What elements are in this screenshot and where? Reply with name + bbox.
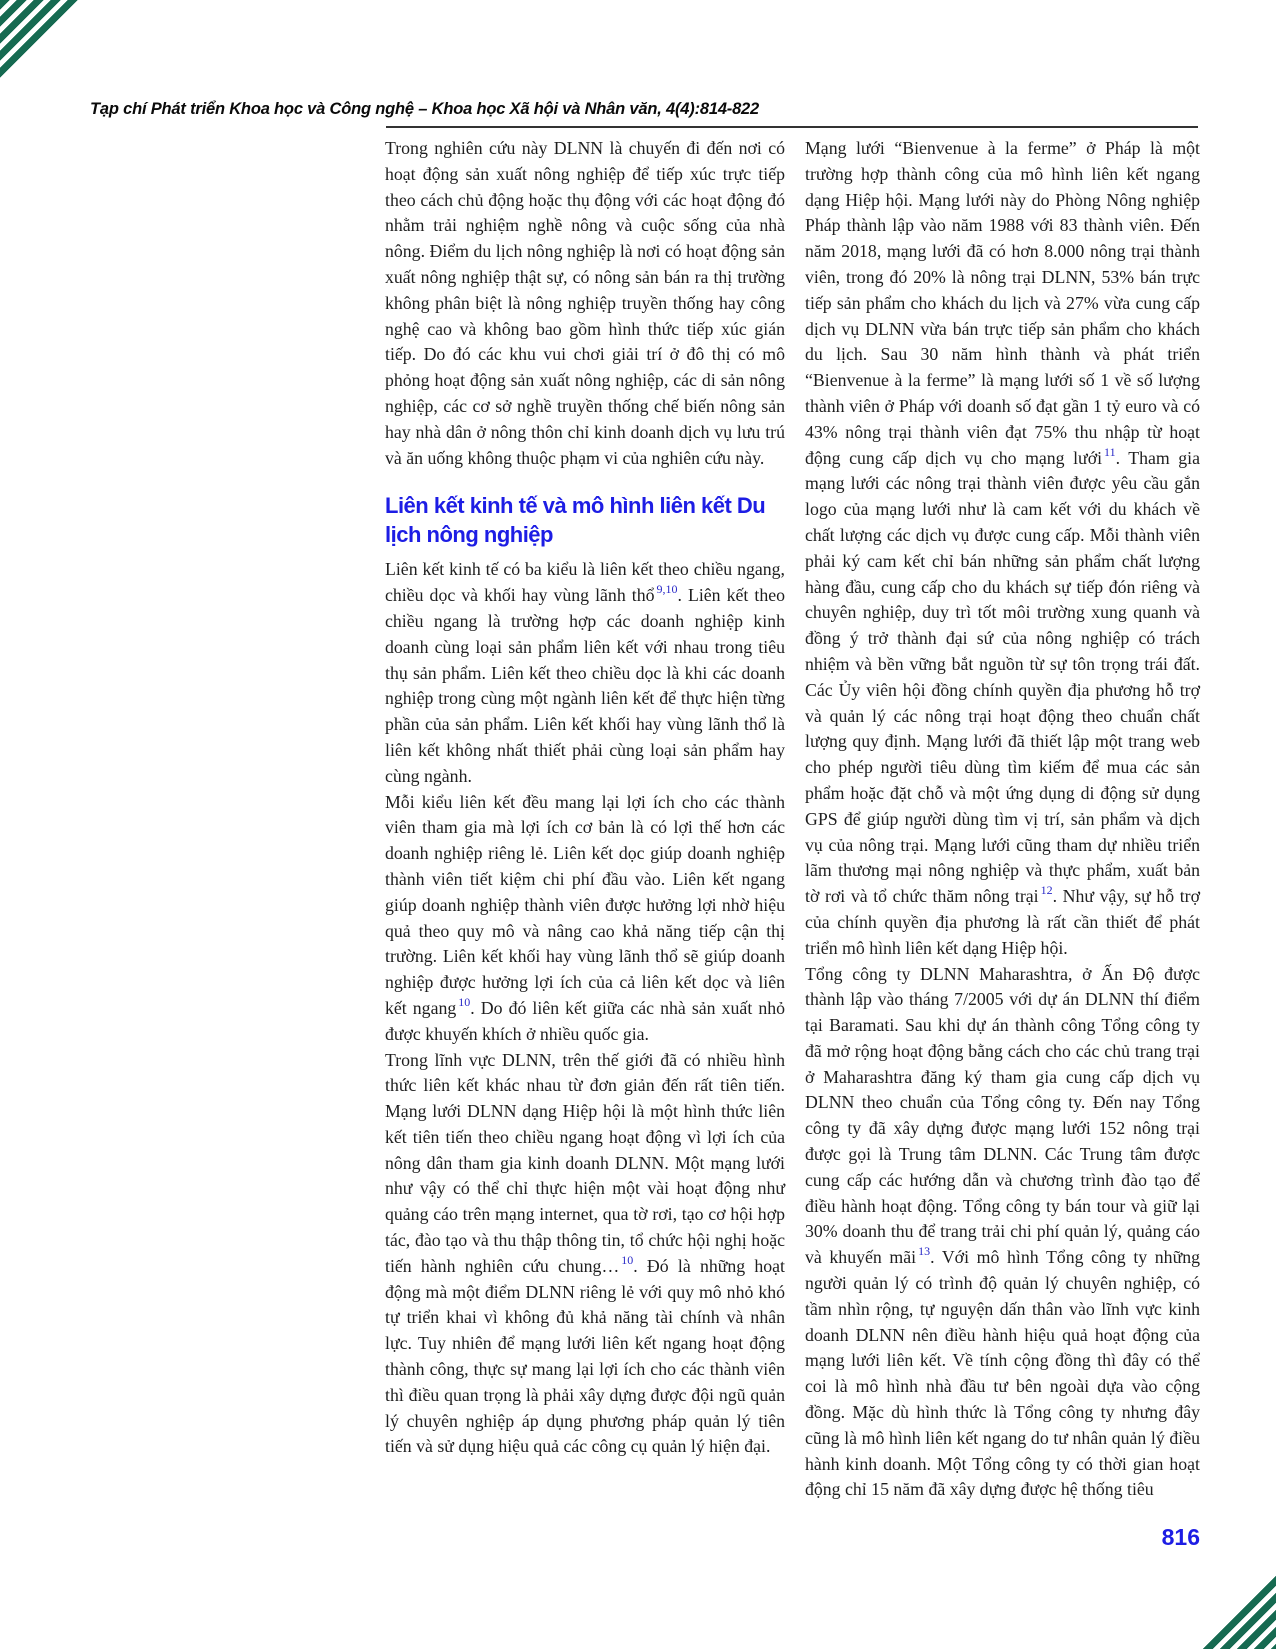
corner-stripes-top-left-decoration — [0, 0, 80, 78]
section-heading: Liên kết kinh tế và mô hình liên kết Du … — [385, 491, 785, 549]
body-paragraph: Mỗi kiểu liên kết đều mang lại lợi ích c… — [385, 790, 785, 1048]
body-paragraph: Liên kết kinh tế có ba kiểu là liên kết … — [385, 557, 785, 789]
citation-reference-link[interactable]: 11 — [1102, 445, 1116, 459]
text-column-right: Mạng lưới “Bienvenue à la ferme” ở Pháp … — [805, 136, 1200, 1503]
journal-page: Tạp chí Phát triển Khoa học và Công nghệ… — [0, 0, 1276, 1649]
citation-reference-link[interactable]: 10 — [456, 995, 470, 1009]
corner-stripes-bottom-right-decoration — [1196, 1571, 1276, 1649]
journal-running-head: Tạp chí Phát triển Khoa học và Công nghệ… — [90, 100, 759, 119]
citation-reference-link[interactable]: 10 — [619, 1253, 633, 1267]
citation-reference-link[interactable]: 12 — [1039, 883, 1053, 897]
body-paragraph: Trong nghiên cứu này DLNN là chuyến đi đ… — [385, 136, 785, 471]
body-paragraph: Mạng lưới “Bienvenue à la ferme” ở Pháp … — [805, 136, 1200, 962]
citation-reference-link[interactable]: 9,10 — [654, 582, 677, 596]
citation-reference-link[interactable]: 13 — [916, 1244, 930, 1258]
body-paragraph: Trong lĩnh vực DLNN, trên thế giới đã có… — [385, 1048, 785, 1461]
body-paragraph: Tổng công ty DLNN Maharashtra, ở Ấn Độ đ… — [805, 962, 1200, 1504]
page-number: 816 — [1160, 1524, 1200, 1551]
header-rule-divider — [386, 126, 1198, 128]
text-column-left: Trong nghiên cứu này DLNN là chuyến đi đ… — [385, 136, 785, 1460]
